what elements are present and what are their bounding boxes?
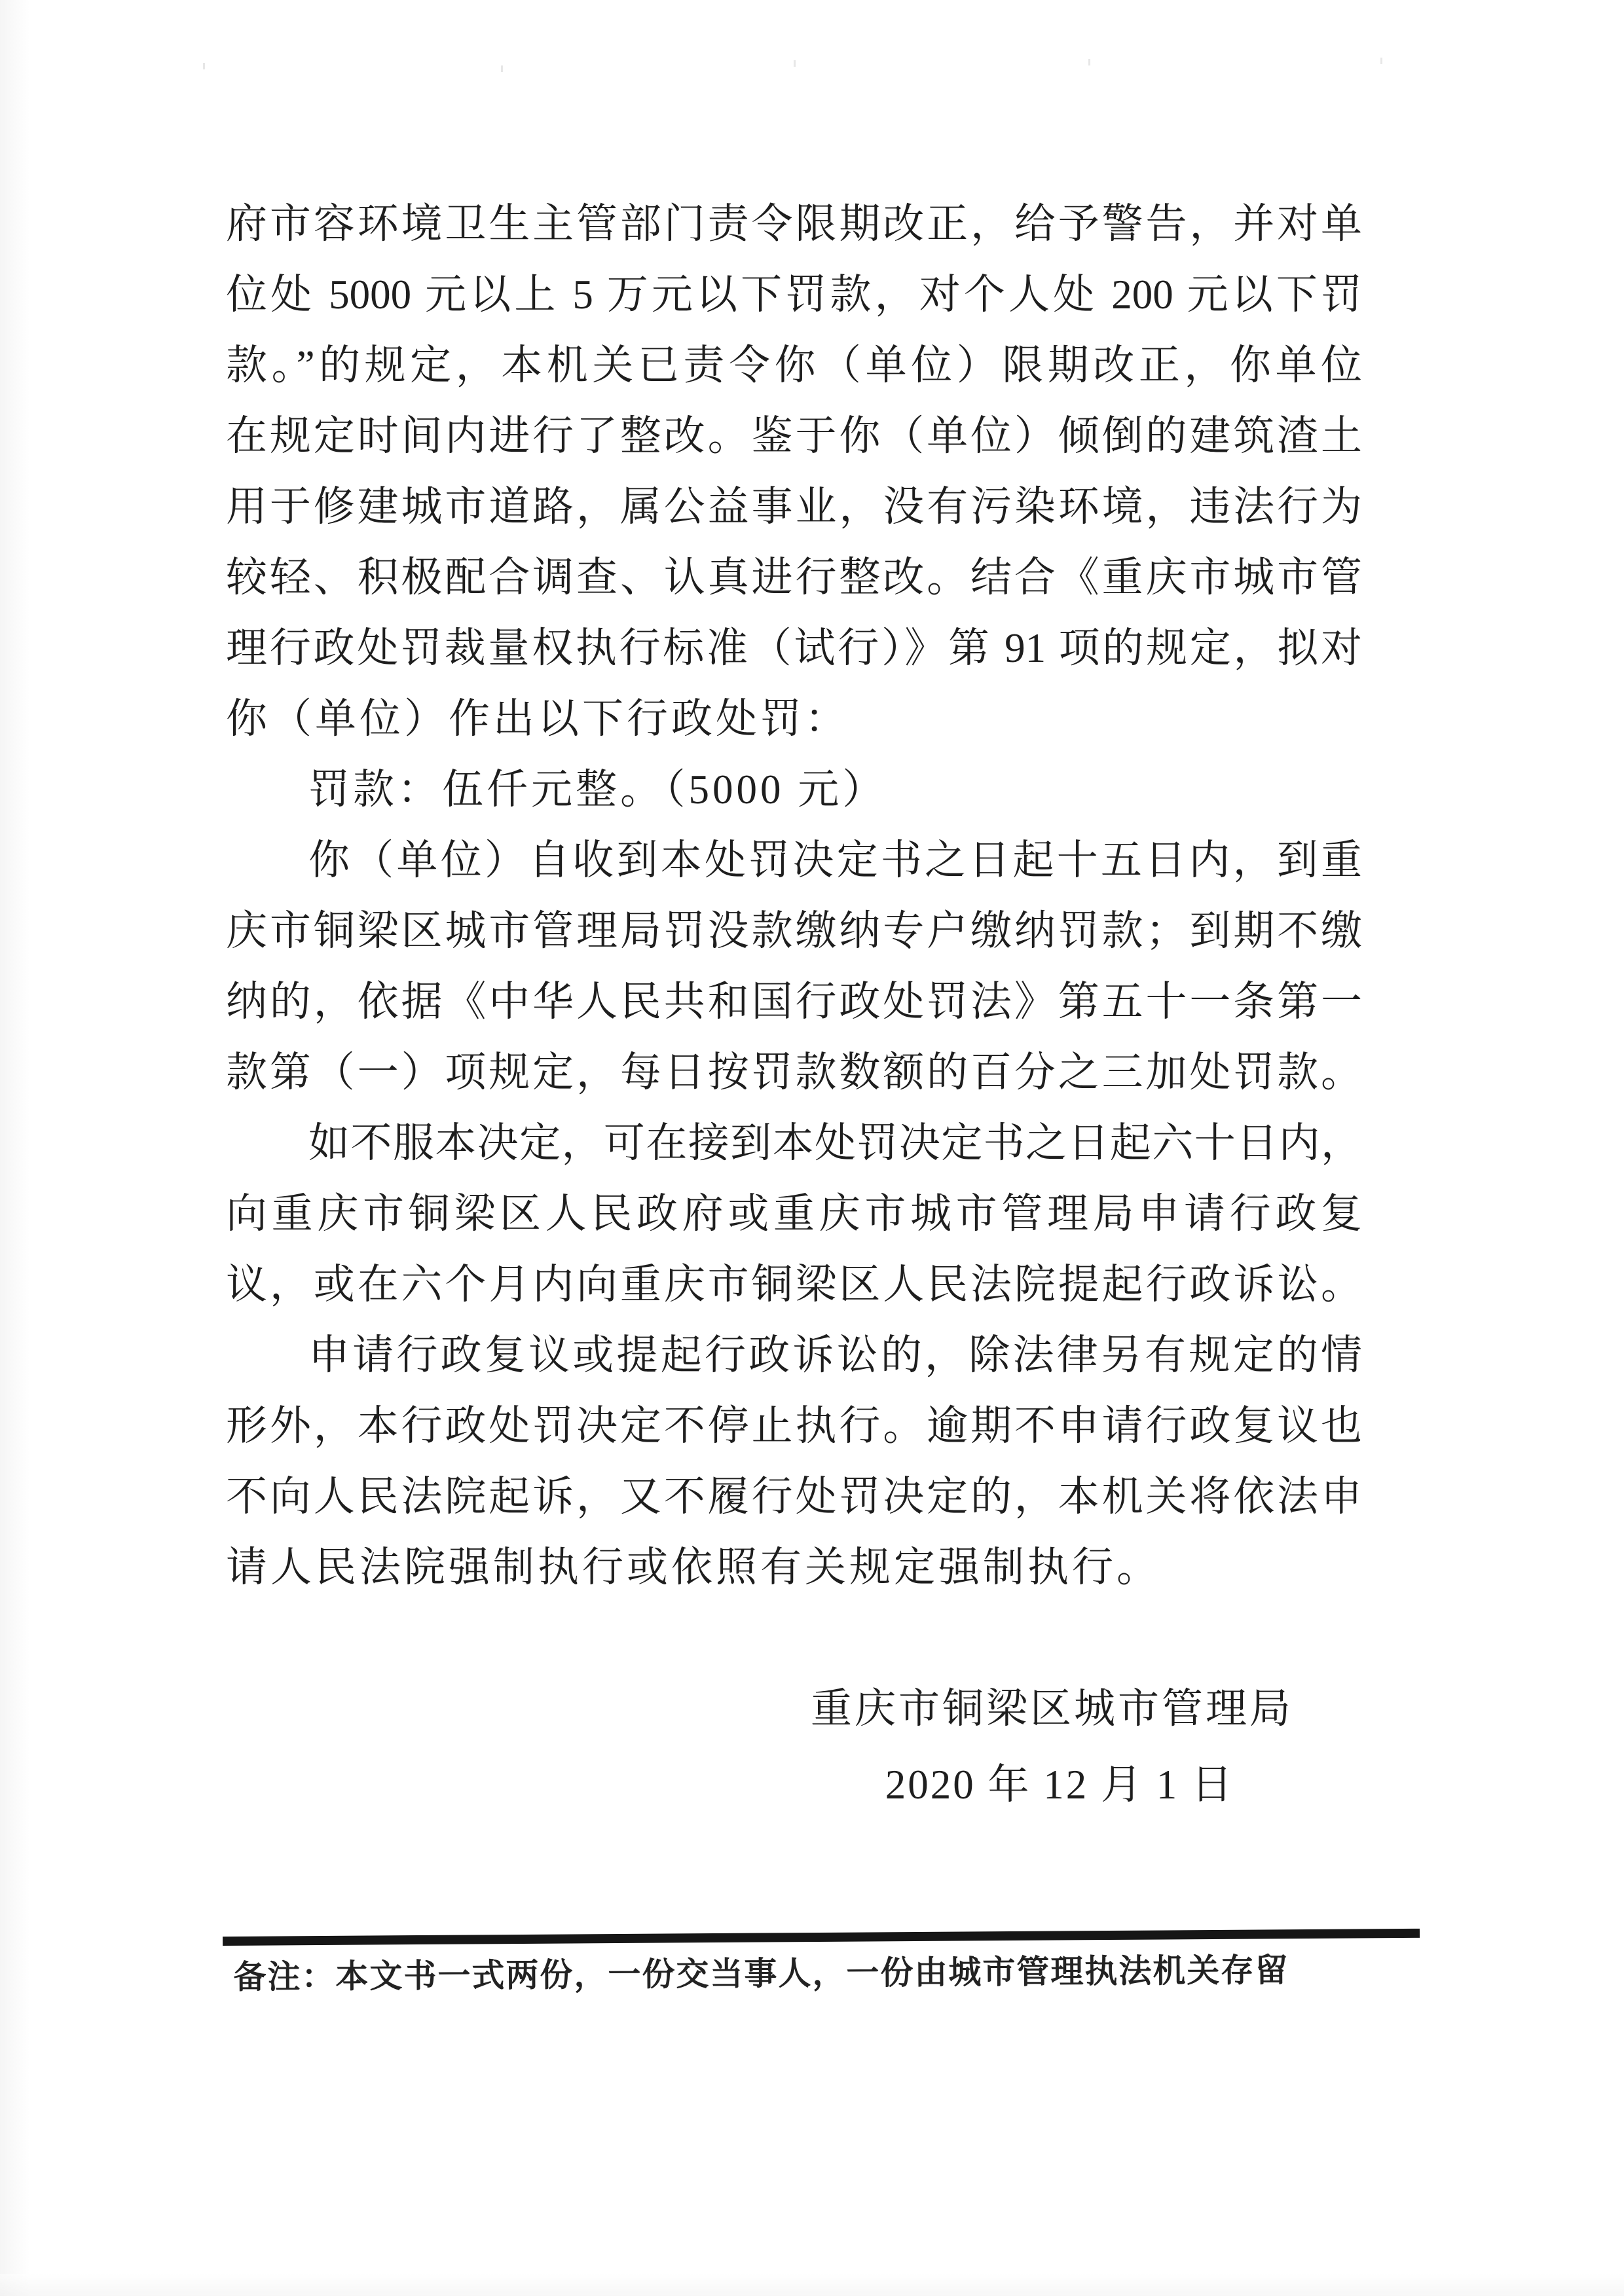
body-line: 形外，本行政处罚决定不停止执行。逾期不申请行政复议也: [226, 1391, 1362, 1461]
footer-remark-note: 备注：本文书一式两份，一份交当事人，一份由城市管理执法机关存留: [233, 1948, 1421, 1999]
scan-edge-shading-left: [0, 0, 30, 2296]
penalty-amount-line: 罚款：伍仟元整。（5000 元）: [226, 754, 1362, 825]
body-line: 向重庆市铜梁区人民政府或重庆市城市管理局申请行政复: [226, 1178, 1362, 1249]
body-line: 如不服本决定，可在接到本处罚决定书之日起六十日内，: [226, 1108, 1362, 1178]
body-line: 府市容环境卫生主管部门责令限期改正，给予警告，并对单: [226, 189, 1362, 259]
scan-speck: [1380, 58, 1382, 64]
body-line: 款第（一）项规定，每日按罚款数额的百分之三加处罚款。: [226, 1037, 1362, 1108]
body-line: 理行政处罚裁量权执行标准（试行）》第 91 项的规定，拟对: [226, 613, 1362, 683]
body-line: 纳的，依据《中华人民共和国行政处罚法》第五十一条第一: [226, 966, 1362, 1037]
body-line: 请人民法院强制执行或依照有关规定强制执行。: [226, 1532, 1362, 1603]
body-line: 申请行政复议或提起行政诉讼的，除法律另有规定的情: [226, 1320, 1362, 1391]
scan-speck: [794, 60, 796, 67]
body-line: 庆市铜梁区城市管理局罚没款缴纳专户缴纳罚款；到期不缴: [226, 896, 1362, 966]
body-line: 你（单位）作出以下行政处罚：: [226, 683, 1362, 754]
body-line: 不向人民法院起诉，又不履行处罚决定的，本机关将依法申: [226, 1461, 1362, 1532]
body-line: 议，或在六个月内向重庆市铜梁区人民法院提起行政诉讼。: [226, 1249, 1362, 1320]
issue-date: 2020 年 12 月 1 日: [226, 1749, 1234, 1820]
footer-divider-rule: [223, 1929, 1420, 1946]
body-line: 位处 5000 元以上 5 万元以下罚款，对个人处 200 元以下罚: [226, 259, 1362, 330]
scan-speck: [501, 65, 503, 72]
issuing-authority-signature: 重庆市铜梁区城市管理局: [226, 1673, 1293, 1744]
document-body: 府市容环境卫生主管部门责令限期改正，给予警告，并对单 位处 5000 元以上 5…: [226, 189, 1362, 1603]
body-line: 你（单位）自收到本处罚决定书之日起十五日内，到重: [226, 825, 1362, 896]
footer-remark-block: 备注：本文书一式两份，一份交当事人，一份由城市管理执法机关存留: [223, 1929, 1422, 1999]
body-line: 在规定时间内进行了整改。鉴于你（单位）倾倒的建筑渣土: [226, 401, 1362, 471]
scanned-penalty-decision-page: 府市容环境卫生主管部门责令限期改正，给予警告，并对单 位处 5000 元以上 5…: [0, 0, 1624, 2296]
scan-speck: [203, 63, 205, 69]
body-line: 用于修建城市道路，属公益事业，没有污染环境，违法行为: [226, 471, 1362, 542]
body-line: 款。”的规定，本机关已责令你（单位）限期改正，你单位: [226, 330, 1362, 401]
scan-edge-shading-bottom: [0, 2274, 1624, 2296]
body-line: 较轻、积极配合调查、认真进行整改。结合《重庆市城市管: [226, 542, 1362, 613]
scan-speck: [1088, 59, 1090, 65]
